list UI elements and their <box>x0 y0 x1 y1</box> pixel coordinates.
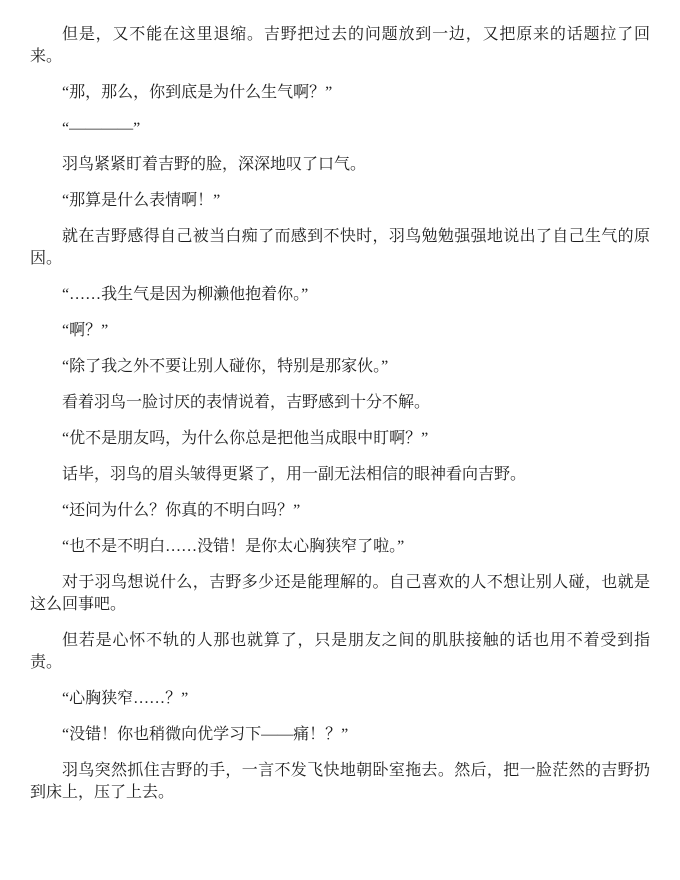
paragraph-dialogue: “啊？” <box>30 320 650 342</box>
paragraph-narration: 看着羽鸟一脸讨厌的表情说着，吉野感到十分不解。 <box>30 392 650 414</box>
paragraph-narration: 但若是心怀不轨的人那也就算了，只是朋友之间的肌肤接触的话也用不着受到指责。 <box>30 630 650 674</box>
paragraph-narration: 就在吉野感得自己被当白痴了而感到不快时，羽鸟勉勉强强地说出了自己生气的原因。 <box>30 226 650 270</box>
paragraph-dialogue: “那，那么，你到底是为什么生气啊？” <box>30 82 650 104</box>
paragraph-narration: 羽鸟突然抓住吉野的手，一言不发飞快地朝卧室拖去。然后，把一脸茫然的吉野扔到床上，… <box>30 760 650 804</box>
paragraph-narration: 话毕，羽鸟的眉头皱得更紧了，用一副无法相信的眼神看向吉野。 <box>30 464 650 486</box>
paragraph-dialogue: “————” <box>30 118 650 140</box>
novel-page: 但是，又不能在这里退缩。吉野把过去的问题放到一边，又把原来的话题拉了回来。“那，… <box>0 0 680 880</box>
paragraph-dialogue: “优不是朋友吗，为什么你总是把他当成眼中盯啊？” <box>30 428 650 450</box>
paragraph-dialogue: “还问为什么？你真的不明白吗？” <box>30 500 650 522</box>
paragraph-narration: 羽鸟紧紧盯着吉野的脸，深深地叹了口气。 <box>30 154 650 176</box>
paragraph-dialogue: “……我生气是因为柳濑他抱着你。” <box>30 284 650 306</box>
paragraph-dialogue: “也不是不明白……没错！是你太心胸狭窄了啦。” <box>30 536 650 558</box>
paragraph-dialogue: “那算是什么表情啊！” <box>30 190 650 212</box>
paragraph-narration: 但是，又不能在这里退缩。吉野把过去的问题放到一边，又把原来的话题拉了回来。 <box>30 24 650 68</box>
paragraph-narration: 对于羽鸟想说什么，吉野多少还是能理解的。自己喜欢的人不想让别人碰，也就是这么回事… <box>30 572 650 616</box>
novel-text-area: 但是，又不能在这里退缩。吉野把过去的问题放到一边，又把原来的话题拉了回来。“那，… <box>0 0 680 804</box>
paragraph-dialogue: “没错！你也稍微向优学习下——痛！？” <box>30 724 650 746</box>
paragraph-dialogue: “心胸狭窄……？” <box>30 688 650 710</box>
paragraph-dialogue: “除了我之外不要让别人碰你，特别是那家伙。” <box>30 356 650 378</box>
